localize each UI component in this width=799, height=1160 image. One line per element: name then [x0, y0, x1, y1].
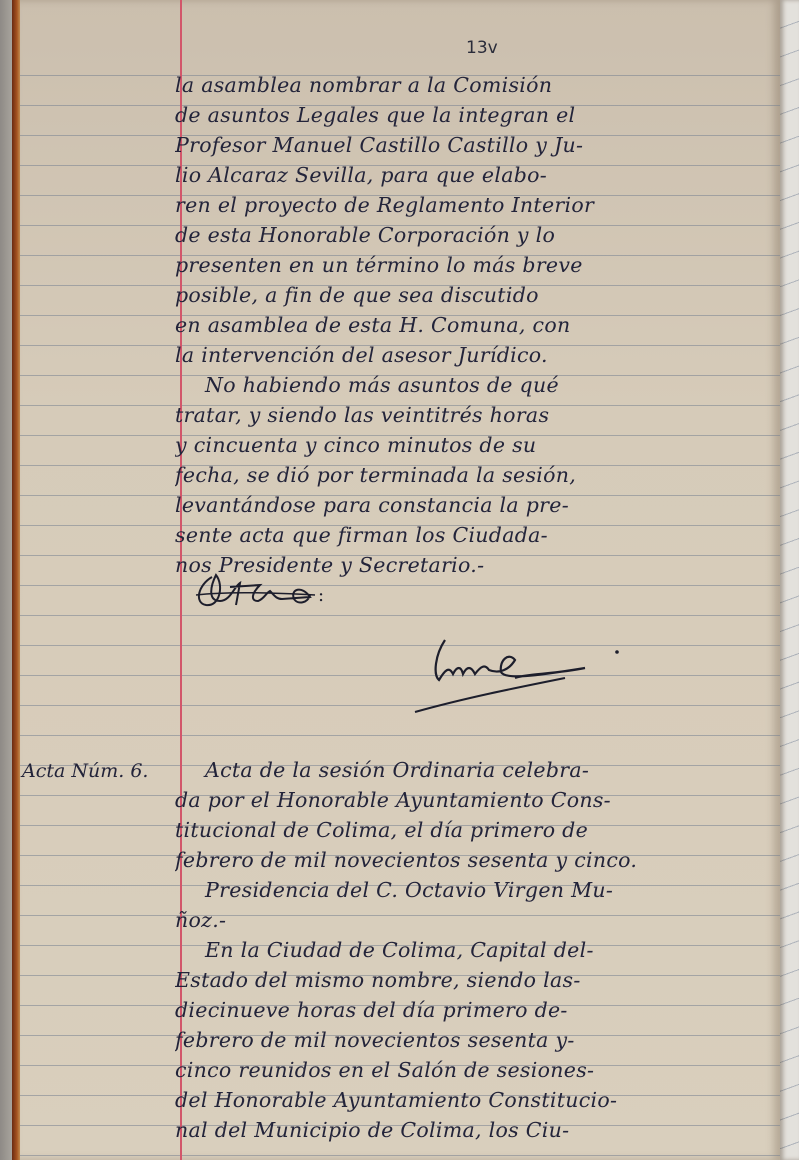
act-title-line: Acta de la sesión Ordinaria celebra- [175, 755, 770, 785]
page-edge [12, 0, 20, 1160]
text-line: del Honorable Ayuntamiento Constitucio- [175, 1085, 770, 1115]
text-line: diecinueve horas del día primero de- [175, 995, 770, 1025]
new-act-text: Acta de la sesión Ordinaria celebra- da … [175, 755, 770, 1145]
signature-secretary [405, 630, 685, 720]
text-line: cinco reunidos en el Salón de sesiones- [175, 1055, 770, 1085]
text-line: nal del Municipio de Colima, los Ciu- [175, 1115, 770, 1145]
text-line: tratar, y siendo las veintitrés horas [175, 400, 770, 430]
book-binding [0, 0, 12, 1160]
presidency-line: ñoz.- [175, 905, 770, 935]
text-line: lio Alcaraz Sevilla, para que elabo- [175, 160, 770, 190]
text-line: En la Ciudad de Colima, Capital del- [175, 935, 770, 965]
text-line: fecha, se dió por terminada la sesión, [175, 460, 770, 490]
text-line: ren el proyecto de Reglamento Interior [175, 190, 770, 220]
text-line: presenten en un término lo más breve [175, 250, 770, 280]
previous-act-text: la asamblea nombrar a la Comisión de asu… [175, 70, 770, 580]
text-line: sente acta que firman los Ciudada- [175, 520, 770, 550]
folio-number: 13v [466, 38, 498, 58]
act-title-line: da por el Honorable Ayuntamiento Cons- [175, 785, 770, 815]
presidency-line: Presidencia del C. Octavio Virgen Mu- [175, 875, 770, 905]
text-line: Estado del mismo nombre, siendo las- [175, 965, 770, 995]
text-line: febrero de mil novecientos sesenta y- [175, 1025, 770, 1055]
act-title-line: febrero de mil novecientos sesenta y cin… [175, 845, 770, 875]
text-line: la intervención del asesor Jurídico. [175, 340, 770, 370]
svg-text::: : [318, 585, 324, 606]
text-line: de asuntos Legales que la integran el [175, 100, 770, 130]
signature-president: : [190, 565, 380, 615]
text-line: levantándose para constancia la pre- [175, 490, 770, 520]
text-line: de esta Honorable Corporación y lo [175, 220, 770, 250]
text-line: Profesor Manuel Castillo Castillo y Ju- [175, 130, 770, 160]
text-line: en asamblea de esta H. Comuna, con [175, 310, 770, 340]
act-title-line: titucional de Colima, el día primero de [175, 815, 770, 845]
text-line: y cincuenta y cinco minutos de su [175, 430, 770, 460]
text-line: posible, a fin de que sea discutido [175, 280, 770, 310]
adjacent-page-edge [780, 0, 799, 1160]
text-line: No habiendo más asuntos de qué [175, 370, 770, 400]
text-line: la asamblea nombrar a la Comisión [175, 70, 770, 100]
act-number-heading: Acta Núm. 6. [22, 756, 148, 786]
